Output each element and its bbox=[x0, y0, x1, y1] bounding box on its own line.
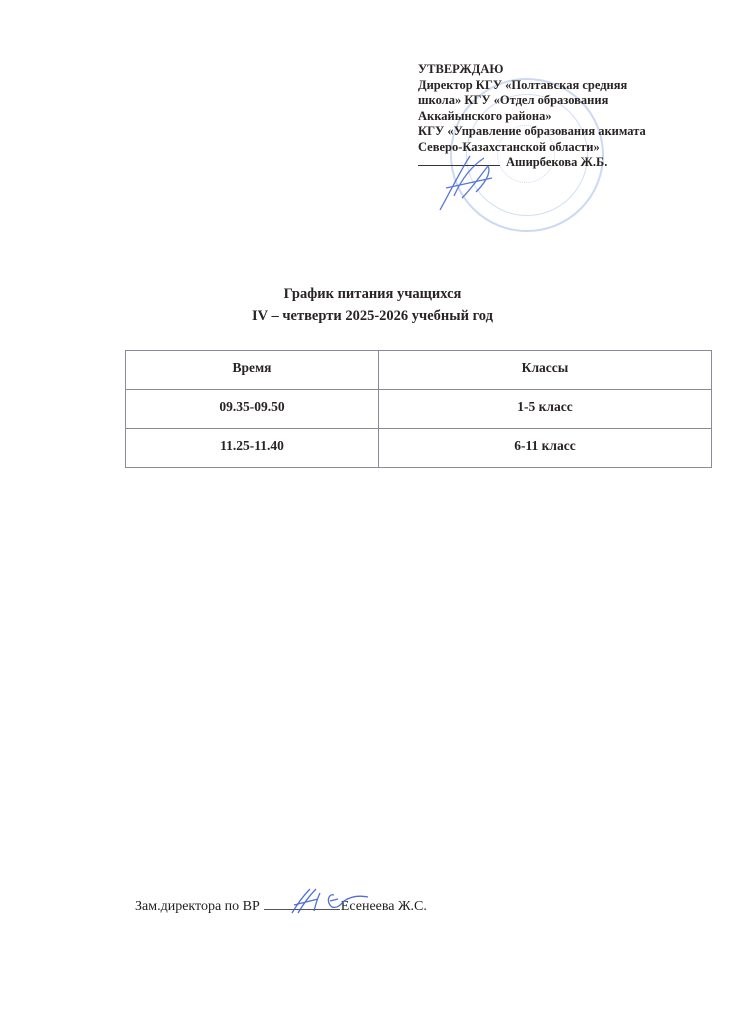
footer-position: Зам.директора по ВР bbox=[135, 899, 260, 914]
director-signature-icon bbox=[432, 148, 512, 218]
approval-line: школа» КГУ «Отдел образования bbox=[418, 93, 738, 109]
header-time: Время bbox=[126, 351, 379, 390]
approval-line: КГУ «Управление образования акимата bbox=[418, 124, 738, 140]
document-title: График питания учащихся bbox=[0, 286, 745, 303]
cell-time: 09.35-09.50 bbox=[126, 390, 379, 429]
schedule-table: Время Классы 09.35-09.50 1-5 класс 11.25… bbox=[125, 350, 712, 468]
table-row: 09.35-09.50 1-5 класс bbox=[126, 390, 712, 429]
header-classes: Классы bbox=[379, 351, 712, 390]
table-header-row: Время Классы bbox=[126, 351, 712, 390]
approval-heading: УТВЕРЖДАЮ bbox=[418, 62, 738, 78]
footer-signature-block: Зам.директора по ВРЕсенеева Ж.С. bbox=[135, 897, 427, 915]
document-subtitle: IV – четверти 2025-2026 учебный год bbox=[0, 308, 745, 325]
cell-classes: 1-5 класс bbox=[379, 390, 712, 429]
table-row: 11.25-11.40 6-11 класс bbox=[126, 429, 712, 468]
cell-time: 11.25-11.40 bbox=[126, 429, 379, 468]
deputy-signature-icon bbox=[288, 885, 372, 917]
approval-line: Директор КГУ «Полтавская средняя bbox=[418, 78, 738, 94]
cell-classes: 6-11 класс bbox=[379, 429, 712, 468]
approval-signatory: Аширбекова Ж.Б. bbox=[506, 155, 607, 169]
approval-line: Аккайынского района» bbox=[418, 109, 738, 125]
